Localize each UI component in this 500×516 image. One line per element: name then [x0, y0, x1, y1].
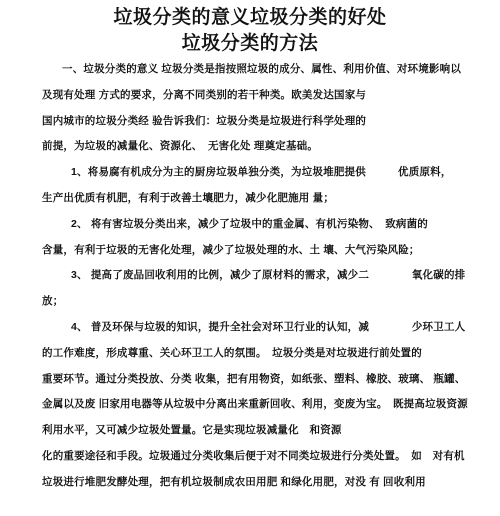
text-line: 放； [42, 289, 466, 315]
text-line: 利用水平，又可减少垃圾处置量。它是实现垃圾减量化 和资源 [42, 418, 466, 444]
text-line: 国内城市的垃圾分类经 验告诉我们：垃圾分类是垃圾进行科学处理的 [42, 109, 466, 135]
document-title: 垃圾分类的意义垃圾分类的好处 垃圾分类的方法 [0, 5, 500, 57]
text-line: 含量，有利于垃圾的无害化处理，减少了垃圾处理的水、土 壤、大气污染风险； [42, 238, 466, 264]
text-line: 金属以及废 旧家用电器等从垃圾中分离出来重新回收、利用，变废为宝。 既提高垃圾资… [42, 392, 466, 418]
text-line: 4、 普及环保与垃圾的知识，提升全社会对环卫行业的认知，减 少环卫工人 [42, 315, 466, 341]
text-line: 一、垃圾分类的意义 垃圾分类是指按照垃圾的成分、属性、利用价值、对环境影响以 [42, 57, 466, 83]
text-line: 化的重要途径和手段。垃圾通过分类收集后便于对不同类垃圾进行分类处置。 如 对有机 [42, 444, 466, 470]
text-line: 及现有处理 方式的要求，分离不同类别的若干种类。欧美发达国家与 [42, 83, 466, 109]
document-page: 垃圾分类的意义垃圾分类的好处 垃圾分类的方法 一、垃圾分类的意义 垃圾分类是指按… [0, 0, 500, 516]
text-line: 生产出优质有机肥，有利于改善土壤肥力，减少化肥施用 量； [42, 186, 466, 212]
text-line: 前提，为垃圾的减量化、资源化、 无害化处 理奠定基础。 [42, 134, 466, 160]
text-line: 的工作难度，形成尊重、关心环卫工人的氛围。 垃圾分类是对垃圾进行前处置的 [42, 341, 466, 367]
document-title-line-2: 垃圾分类的方法 [0, 31, 500, 57]
text-line: 2、 将有害垃圾分类出来，减少了垃圾中的重金属、有机污染物、 致病菌的 [42, 212, 466, 238]
text-line: 重要环节。通过分类投放、分类 收集，把有用物资，如纸张、塑料、橡胶、玻璃、 瓶罐… [42, 367, 466, 393]
document-body: 一、垃圾分类的意义 垃圾分类是指按照垃圾的成分、属性、利用价值、对环境影响以 及… [42, 57, 466, 496]
text-line: 1、将易腐有机成分为主的厨房垃圾单独分类，为垃圾堆肥提供 优质原料， [42, 160, 466, 186]
text-line: 垃圾进行堆肥发酵处理，把有机垃圾制成农田用肥 和绿化用肥，对没 有 回收利用 [42, 470, 466, 496]
document-title-line-1: 垃圾分类的意义垃圾分类的好处 [0, 5, 500, 31]
text-line: 3、 提高了废品回收利用的比例，减少了原材料的需求，减少二 氧化碳的排 [42, 263, 466, 289]
